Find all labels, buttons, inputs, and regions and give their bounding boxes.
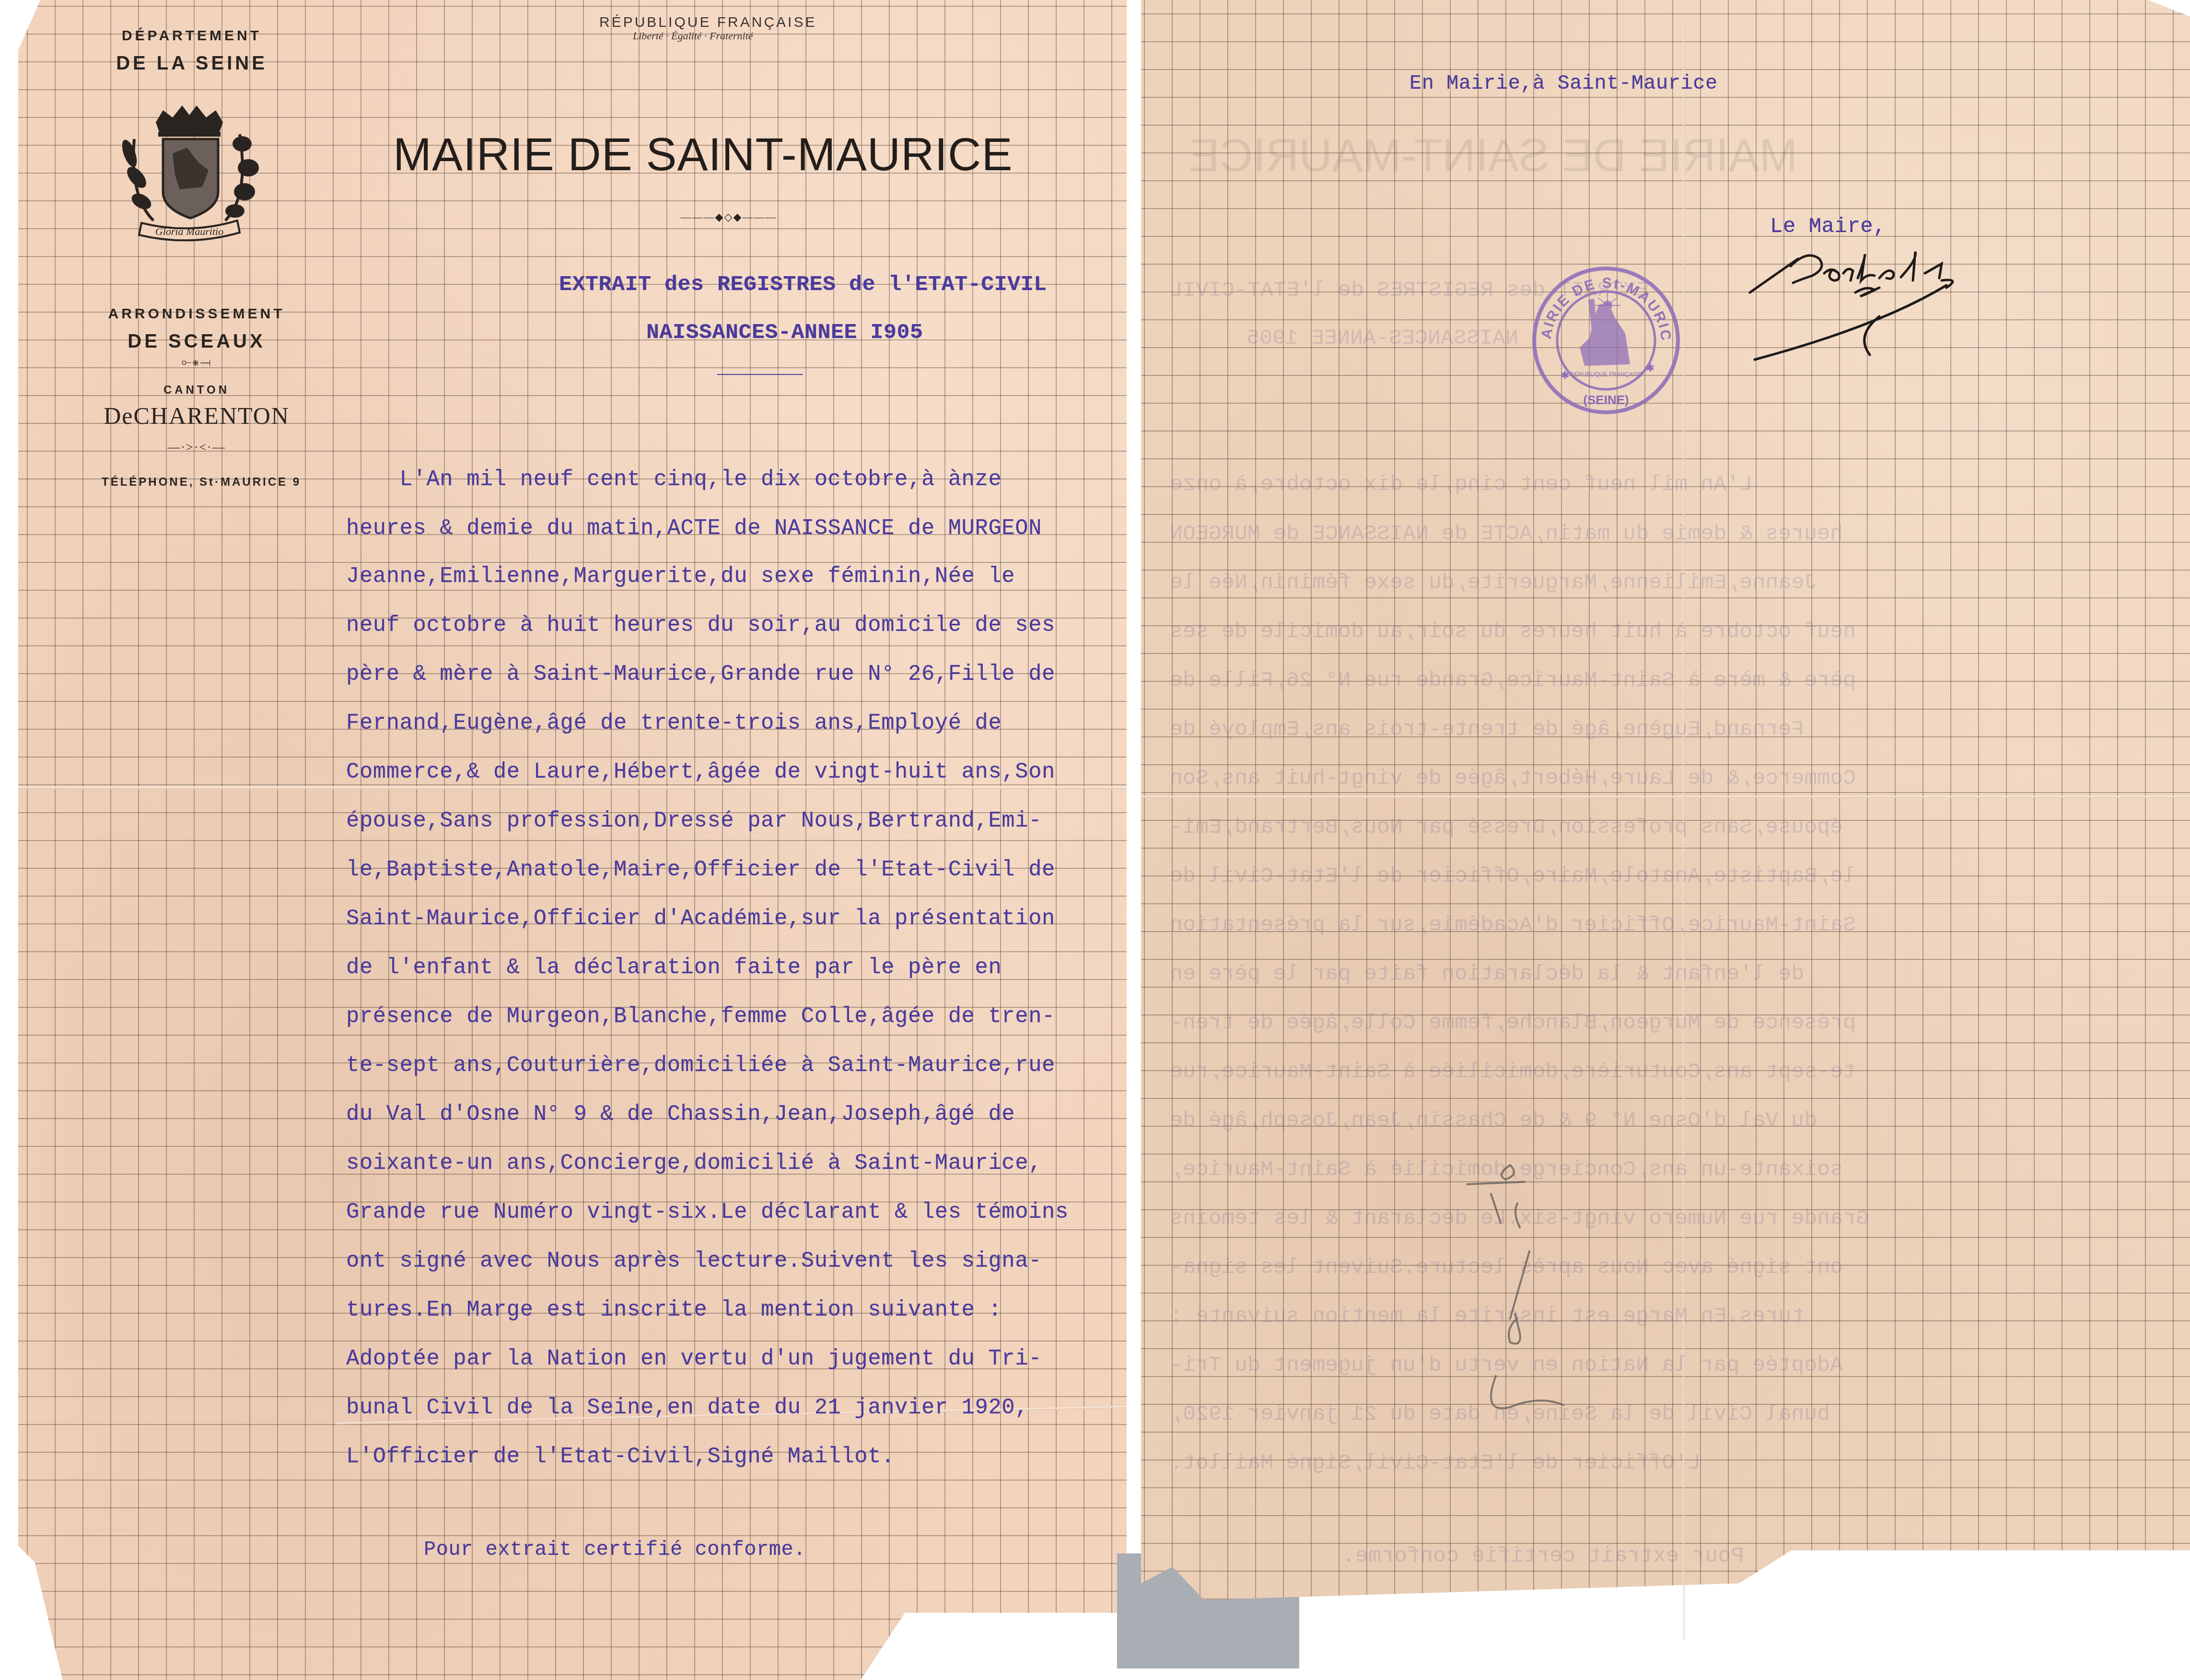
svg-text:Gloria Mauritio: Gloria Mauritio xyxy=(155,225,223,237)
body-line: soixante-un ans,Concierge,domicilié à Sa… xyxy=(346,1151,1042,1176)
body-line: Commerce,& de Laure,Hébert,âgée de vingt… xyxy=(346,759,1055,784)
horizontal-fold-crease xyxy=(18,786,1127,789)
births-year-heading: NAISSANCES-ANNEE I905 xyxy=(646,320,923,345)
arrondissement-name: DE SCEAUX xyxy=(101,331,292,352)
bleed-through-line: épouse,Sans profession,Dressé par Nous,B… xyxy=(1170,815,1843,840)
body-line: du Val d'Osne N° 9 & de Chassin,Jean,Jos… xyxy=(346,1102,1015,1127)
bleed-through-line: Commerce,& de Laure,Hébert,âgée de vingt… xyxy=(1170,766,1856,791)
svg-text:(SEINE): (SEINE) xyxy=(1583,393,1629,407)
place-line: En Mairie,à Saint-Maurice xyxy=(1410,72,1718,95)
signatory-label: Le Maire, xyxy=(1770,215,1886,239)
svg-text:✱: ✱ xyxy=(1561,369,1569,381)
bleed-through-heading: NAISSANCES-ANNEE 1905 xyxy=(1246,326,1518,350)
mayor-signature xyxy=(1736,240,2081,384)
bleed-through-line: père & mère à Saint-Maurice,Grande rue N… xyxy=(1170,668,1856,693)
canton-label: CANTON xyxy=(101,384,292,397)
body-line: bunal Civil de la Seine,en date du 21 ja… xyxy=(346,1395,1028,1420)
body-line: présence de Murgeon,Blanche,femme Colle,… xyxy=(346,1004,1055,1029)
bleed-through-line: te-sept ans,Couturière,domiciliée à Sain… xyxy=(1170,1060,1856,1084)
telephone-number: TÉLÉPHONE, St·MAURICE 9 xyxy=(91,476,312,489)
republic-header: RÉPUBLIQUE FRANÇAISE xyxy=(599,14,816,31)
body-line: père & mère à Saint-Maurice,Grande rue N… xyxy=(346,662,1055,687)
bleed-through-line: Jeanne,Emilienne,Marguerite,du sexe fémi… xyxy=(1170,571,1817,595)
body-line: L'Officier de l'Etat-Civil,Signé Maillot… xyxy=(346,1444,895,1469)
pencil-annotation xyxy=(1438,1146,1592,1520)
ornament-rule: —·>·<·— xyxy=(144,440,249,455)
canton-name: DeCHARENTON xyxy=(86,402,307,430)
bleed-through-line: Pour extrait certifié conforme. xyxy=(1342,1544,1744,1568)
horizontal-fold-crease xyxy=(1141,796,2190,798)
body-line: neuf octobre à huit heures du soir,au do… xyxy=(346,613,1055,638)
body-line: te-sept ans,Couturière,domiciliée à Sain… xyxy=(346,1053,1055,1078)
heading-rule: _________ xyxy=(717,359,802,378)
body-line: L'An mil neuf cent cinq,le dix octobre,à… xyxy=(346,467,1002,492)
body-line: Saint-Maurice,Officier d'Académie,sur la… xyxy=(346,906,1055,931)
extract-heading: EXTRAIT des REGISTRES de l'ETAT-CIVIL xyxy=(559,272,1047,297)
svg-text:✱: ✱ xyxy=(1646,362,1654,374)
departement-label: DÉPARTEMENT xyxy=(101,28,283,44)
arrondissement-label: ARRONDISSEMENT xyxy=(101,306,292,322)
svg-text:REPUBLIQUE FRANÇAISE: REPUBLIQUE FRANÇAISE xyxy=(1570,371,1642,378)
body-line: Jeanne,Emilienne,Marguerite,du sexe fémi… xyxy=(346,564,1015,589)
body-line: heures & demie du matin,ACTE de NAISSANC… xyxy=(346,516,1042,541)
bleed-through-line: L'An mil neuf cent cinq,le dix octobre,à… xyxy=(1170,472,1804,497)
page-title: MAIRIE DE SAINT-MAURICE xyxy=(393,128,1013,181)
body-line: Grande rue Numéro vingt-six.Le déclarant… xyxy=(346,1200,1069,1225)
bleed-through-line: le,Baptiste,Anatole,Maire,Officier de l'… xyxy=(1170,864,1856,888)
bleed-through-line: heures & demie du matin,ACTE de NAISSANC… xyxy=(1170,522,1843,546)
bleed-through-line: du Val d'Osne N° 9 & de Chassin,Jean,Jos… xyxy=(1170,1108,1817,1133)
body-line: Adoptée par la Nation en vertu d'un juge… xyxy=(346,1346,1042,1371)
bleed-through-title: MAIRIE DE SAINT-MAURICE xyxy=(1189,129,1797,182)
body-line: épouse,Sans profession,Dressé par Nous,B… xyxy=(346,808,1042,833)
bleed-through-line: Saint-Maurice,Officier d'Académie,sur la… xyxy=(1170,913,1856,937)
body-line: de l'enfant & la déclaration faite par l… xyxy=(346,955,1002,980)
bleed-through-line: Fernand,Eugène,âgé de trente-trois ans,E… xyxy=(1170,717,1804,742)
mairie-stamp-icon: MAIRIE DE St-MAURICE (SEINE) ✱ ✱ REPUBLI… xyxy=(1527,261,1685,420)
body-line: Fernand,Eugène,âgé de trente-trois ans,E… xyxy=(346,711,1002,735)
coat-of-arms-icon: Gloria Mauritio xyxy=(96,91,283,254)
republic-motto: Liberté · Égalité · Fraternité xyxy=(633,30,753,42)
body-line: tures.En Marge est inscrite la mention s… xyxy=(346,1297,1002,1322)
body-line: le,Baptiste,Anatole,Maire,Officier de l'… xyxy=(346,857,1055,882)
title-ornament: ———◆◇◆——— xyxy=(657,211,801,223)
departement-name: DE LA SEINE xyxy=(101,53,283,74)
bleed-through-line: L'Officier de l'Etat-Civil,Signé Maillot… xyxy=(1170,1451,1701,1475)
bleed-through-line: de l'enfant & la déclaration faite par l… xyxy=(1170,962,1804,986)
bleed-through-line: présence de Murgeon,Blanche,femme Colle,… xyxy=(1170,1011,1856,1035)
bleed-through-line: neuf octobre à huit heures du soir,au do… xyxy=(1170,619,1856,644)
certification-line: Pour extrait certifié conforme. xyxy=(424,1538,806,1561)
body-line: ont signé avec Nous après lecture.Suiven… xyxy=(346,1248,1042,1273)
ornament-divider: ⟜⁕⟞ xyxy=(144,355,249,370)
